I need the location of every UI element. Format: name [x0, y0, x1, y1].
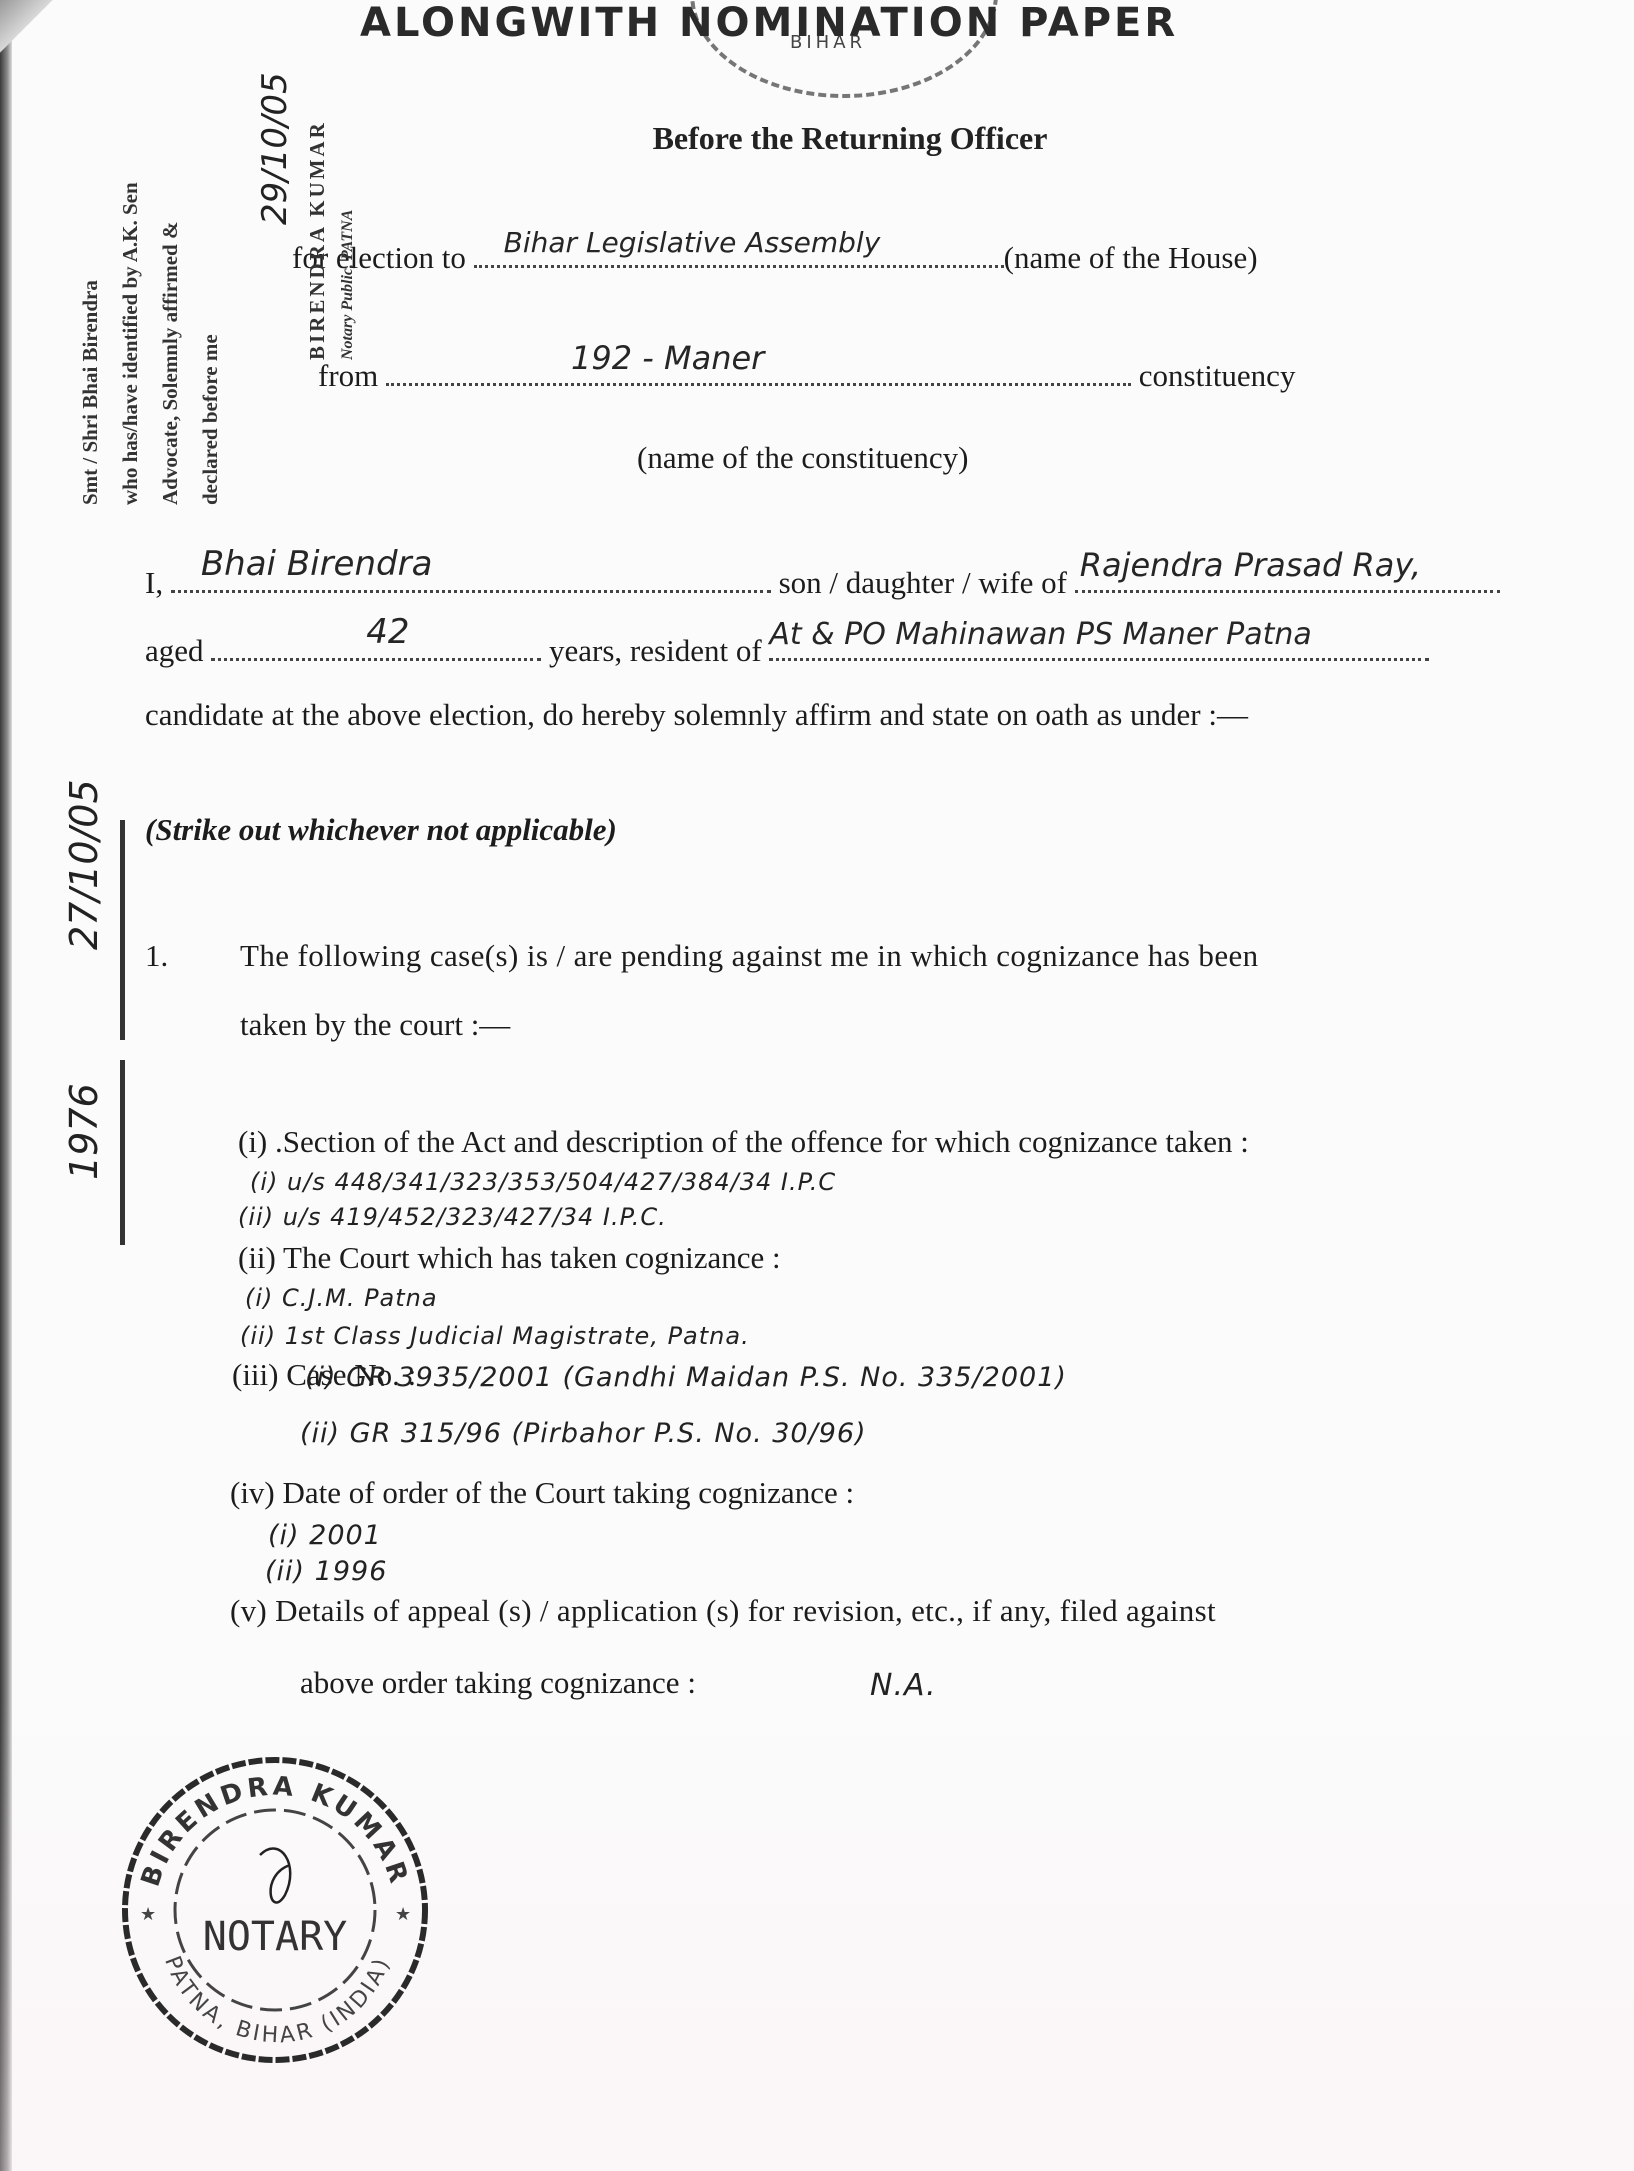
declarant-row: I, Bhai Birendra son / daughter / wife o…: [145, 560, 1500, 601]
offence-entry-2: (ii) u/s 419/452/323/427/34 I.P.C.: [238, 1203, 667, 1231]
svg-text:★: ★: [395, 1904, 411, 1924]
section-text-line2: taken by the court :—: [240, 1007, 510, 1043]
appeal-label-line1: (v) Details of appeal (s) / application …: [230, 1593, 1216, 1629]
notary-name-stamp: BIRENDRA KUMAR Notary Public, PATNA: [305, 120, 369, 360]
from-label: from: [318, 358, 378, 393]
svg-text:NOTARY: NOTARY: [203, 1914, 348, 1960]
notary-seal-icon: BIRENDRA KUMAR PATNA, BIHAR (INDIA) NOTA…: [110, 1745, 440, 2075]
svg-text:★: ★: [140, 1904, 156, 1924]
address-field[interactable]: At & PO Mahinawan PS Maner Patna: [769, 628, 1429, 661]
notary-signature-date: 29/10/05: [255, 72, 295, 225]
document-title: ALONGWITH NOMINATION PAPER: [360, 0, 1178, 46]
i-label: I,: [145, 565, 163, 600]
notary-stamp-name: BIRENDRA KUMAR: [305, 120, 339, 360]
serial-date: 27/10/05: [62, 779, 106, 950]
section-number: 1.: [145, 938, 168, 974]
attestation-line-1: Smt / Shri Bhai Birendra: [78, 182, 118, 505]
relation-name-field[interactable]: Rajendra Prasad Ray,: [1075, 560, 1500, 593]
court-label: (ii) The Court which has taken cognizanc…: [238, 1240, 781, 1276]
appeal-label-line2: above order taking cognizance :: [300, 1665, 696, 1701]
section-text-line1: The following case(s) is / are pending a…: [240, 938, 1259, 974]
page-fold-corner: [0, 0, 70, 60]
age-field[interactable]: 42: [211, 628, 541, 661]
scanned-page-edge: [0, 0, 12, 2171]
house-suffix: (name of the House): [1004, 240, 1258, 275]
case-entry-2: (ii) GR 315/96 (Pirbahor P.S. No. 30/96): [300, 1418, 867, 1449]
relation-name: Rajendra Prasad Ray,: [1080, 546, 1421, 584]
order-date-entry-2: (ii) 1996: [265, 1556, 387, 1587]
attestation-stamp: Smt / Shri Bhai Birendra who has/have id…: [78, 182, 238, 505]
serial-number: 1976: [62, 1083, 106, 1180]
constituency-row: from 192 - Maner constituency: [318, 353, 1295, 394]
aged-label: aged: [145, 633, 204, 668]
order-date-label: (iv) Date of order of the Court taking c…: [230, 1475, 854, 1511]
declarant-name-field[interactable]: Bhai Birendra: [171, 560, 771, 593]
resident-label: years, resident of: [549, 633, 762, 668]
margin-rule-1: [120, 820, 125, 1040]
attestation-line-4: declared before me: [198, 182, 238, 505]
declarant-name: Bhai Birendra: [201, 544, 433, 584]
appeal-value: N.A.: [870, 1668, 937, 1703]
margin-rule-2: [120, 1060, 125, 1245]
offence-entry-1: (i) u/s 448/341/323/353/504/427/384/34 I…: [250, 1168, 836, 1196]
age-address-row: aged 42 years, resident of At & PO Mahin…: [145, 628, 1429, 669]
attestation-line-2: who has/have identified by A.K. Sen: [118, 182, 158, 505]
election-house-row: for election to Bihar Legislative Assemb…: [292, 235, 1258, 276]
constituency-field[interactable]: 192 - Maner: [386, 353, 1131, 386]
order-date-entry-1: (i) 2001: [268, 1520, 382, 1551]
court-entry-1: (i) C.J.M. Patna: [245, 1284, 438, 1312]
constituency-value: 192 - Maner: [571, 339, 764, 377]
case-entry-1: (i) GR 3935/2001 (Gandhi Maidan P.S. No.…: [305, 1362, 1067, 1393]
attestation-line-3: Advocate, Solemnly affirmed &: [158, 182, 198, 505]
strike-out-instruction: (Strike out whichever not applicable): [145, 812, 617, 848]
document-subtitle: Before the Returning Officer: [0, 120, 1634, 157]
constituency-suffix: constituency: [1139, 358, 1296, 393]
oath-statement: candidate at the above election, do here…: [145, 697, 1248, 733]
address-value: At & PO Mahinawan PS Maner Patna: [769, 617, 1311, 652]
court-entry-2: (ii) 1st Class Judicial Magistrate, Patn…: [240, 1322, 750, 1350]
constituency-note: (name of the constituency): [637, 440, 968, 476]
svg-text:BIRENDRA KUMAR: BIRENDRA KUMAR: [136, 1771, 415, 1890]
relation-label: son / daughter / wife of: [779, 565, 1067, 600]
notary-stamp-title: Notary Public, PATNA: [339, 120, 369, 360]
house-value: Bihar Legislative Assembly: [504, 226, 881, 259]
house-field[interactable]: Bihar Legislative Assembly: [474, 235, 1004, 268]
age-value: 42: [366, 612, 409, 652]
offence-label: (i) .Section of the Act and description …: [238, 1124, 1249, 1160]
